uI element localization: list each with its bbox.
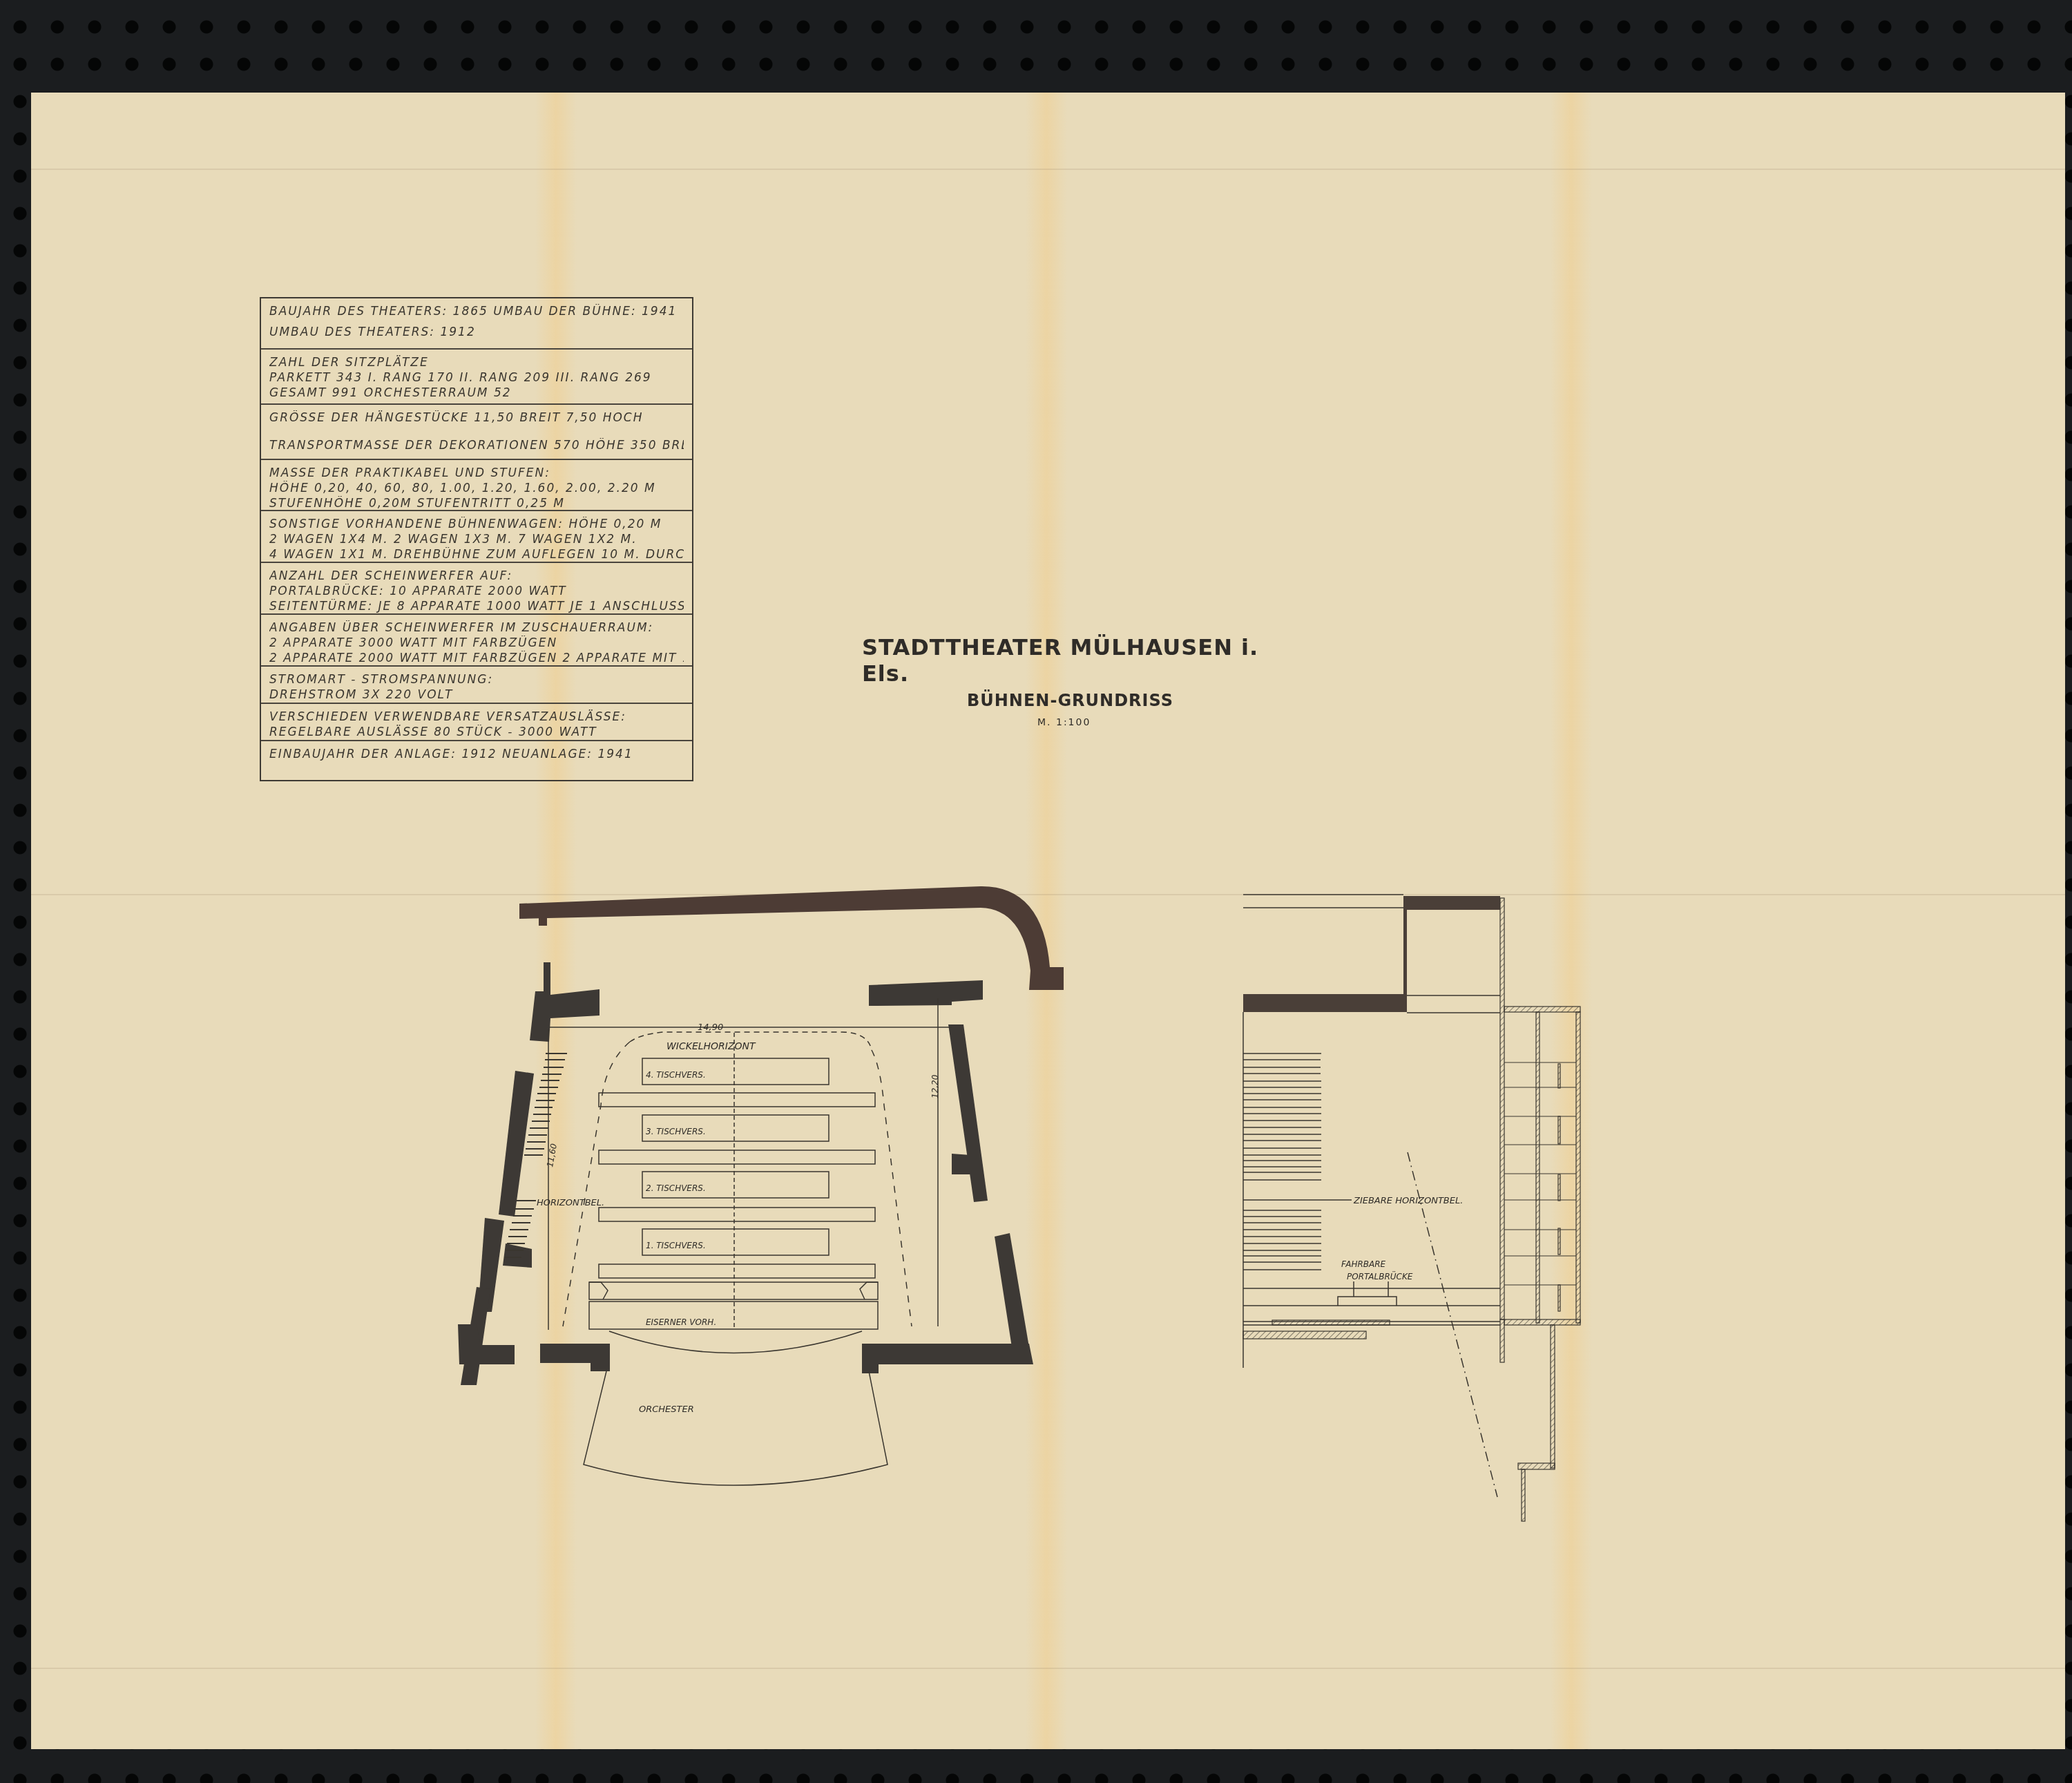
label-portalbruecke: PORTALBRÜCKE (1347, 1270, 1413, 1281)
label-ziehbare-horizontbel: ZIEBARE HORIZONTBEL. (1353, 1196, 1463, 1206)
label-fahrbare: FAHRBARE (1341, 1259, 1386, 1269)
stage-section-plan: ZIEBARE HORIZONTBEL. FAHRBARE PORTALBRÜC… (0, 0, 2072, 1783)
